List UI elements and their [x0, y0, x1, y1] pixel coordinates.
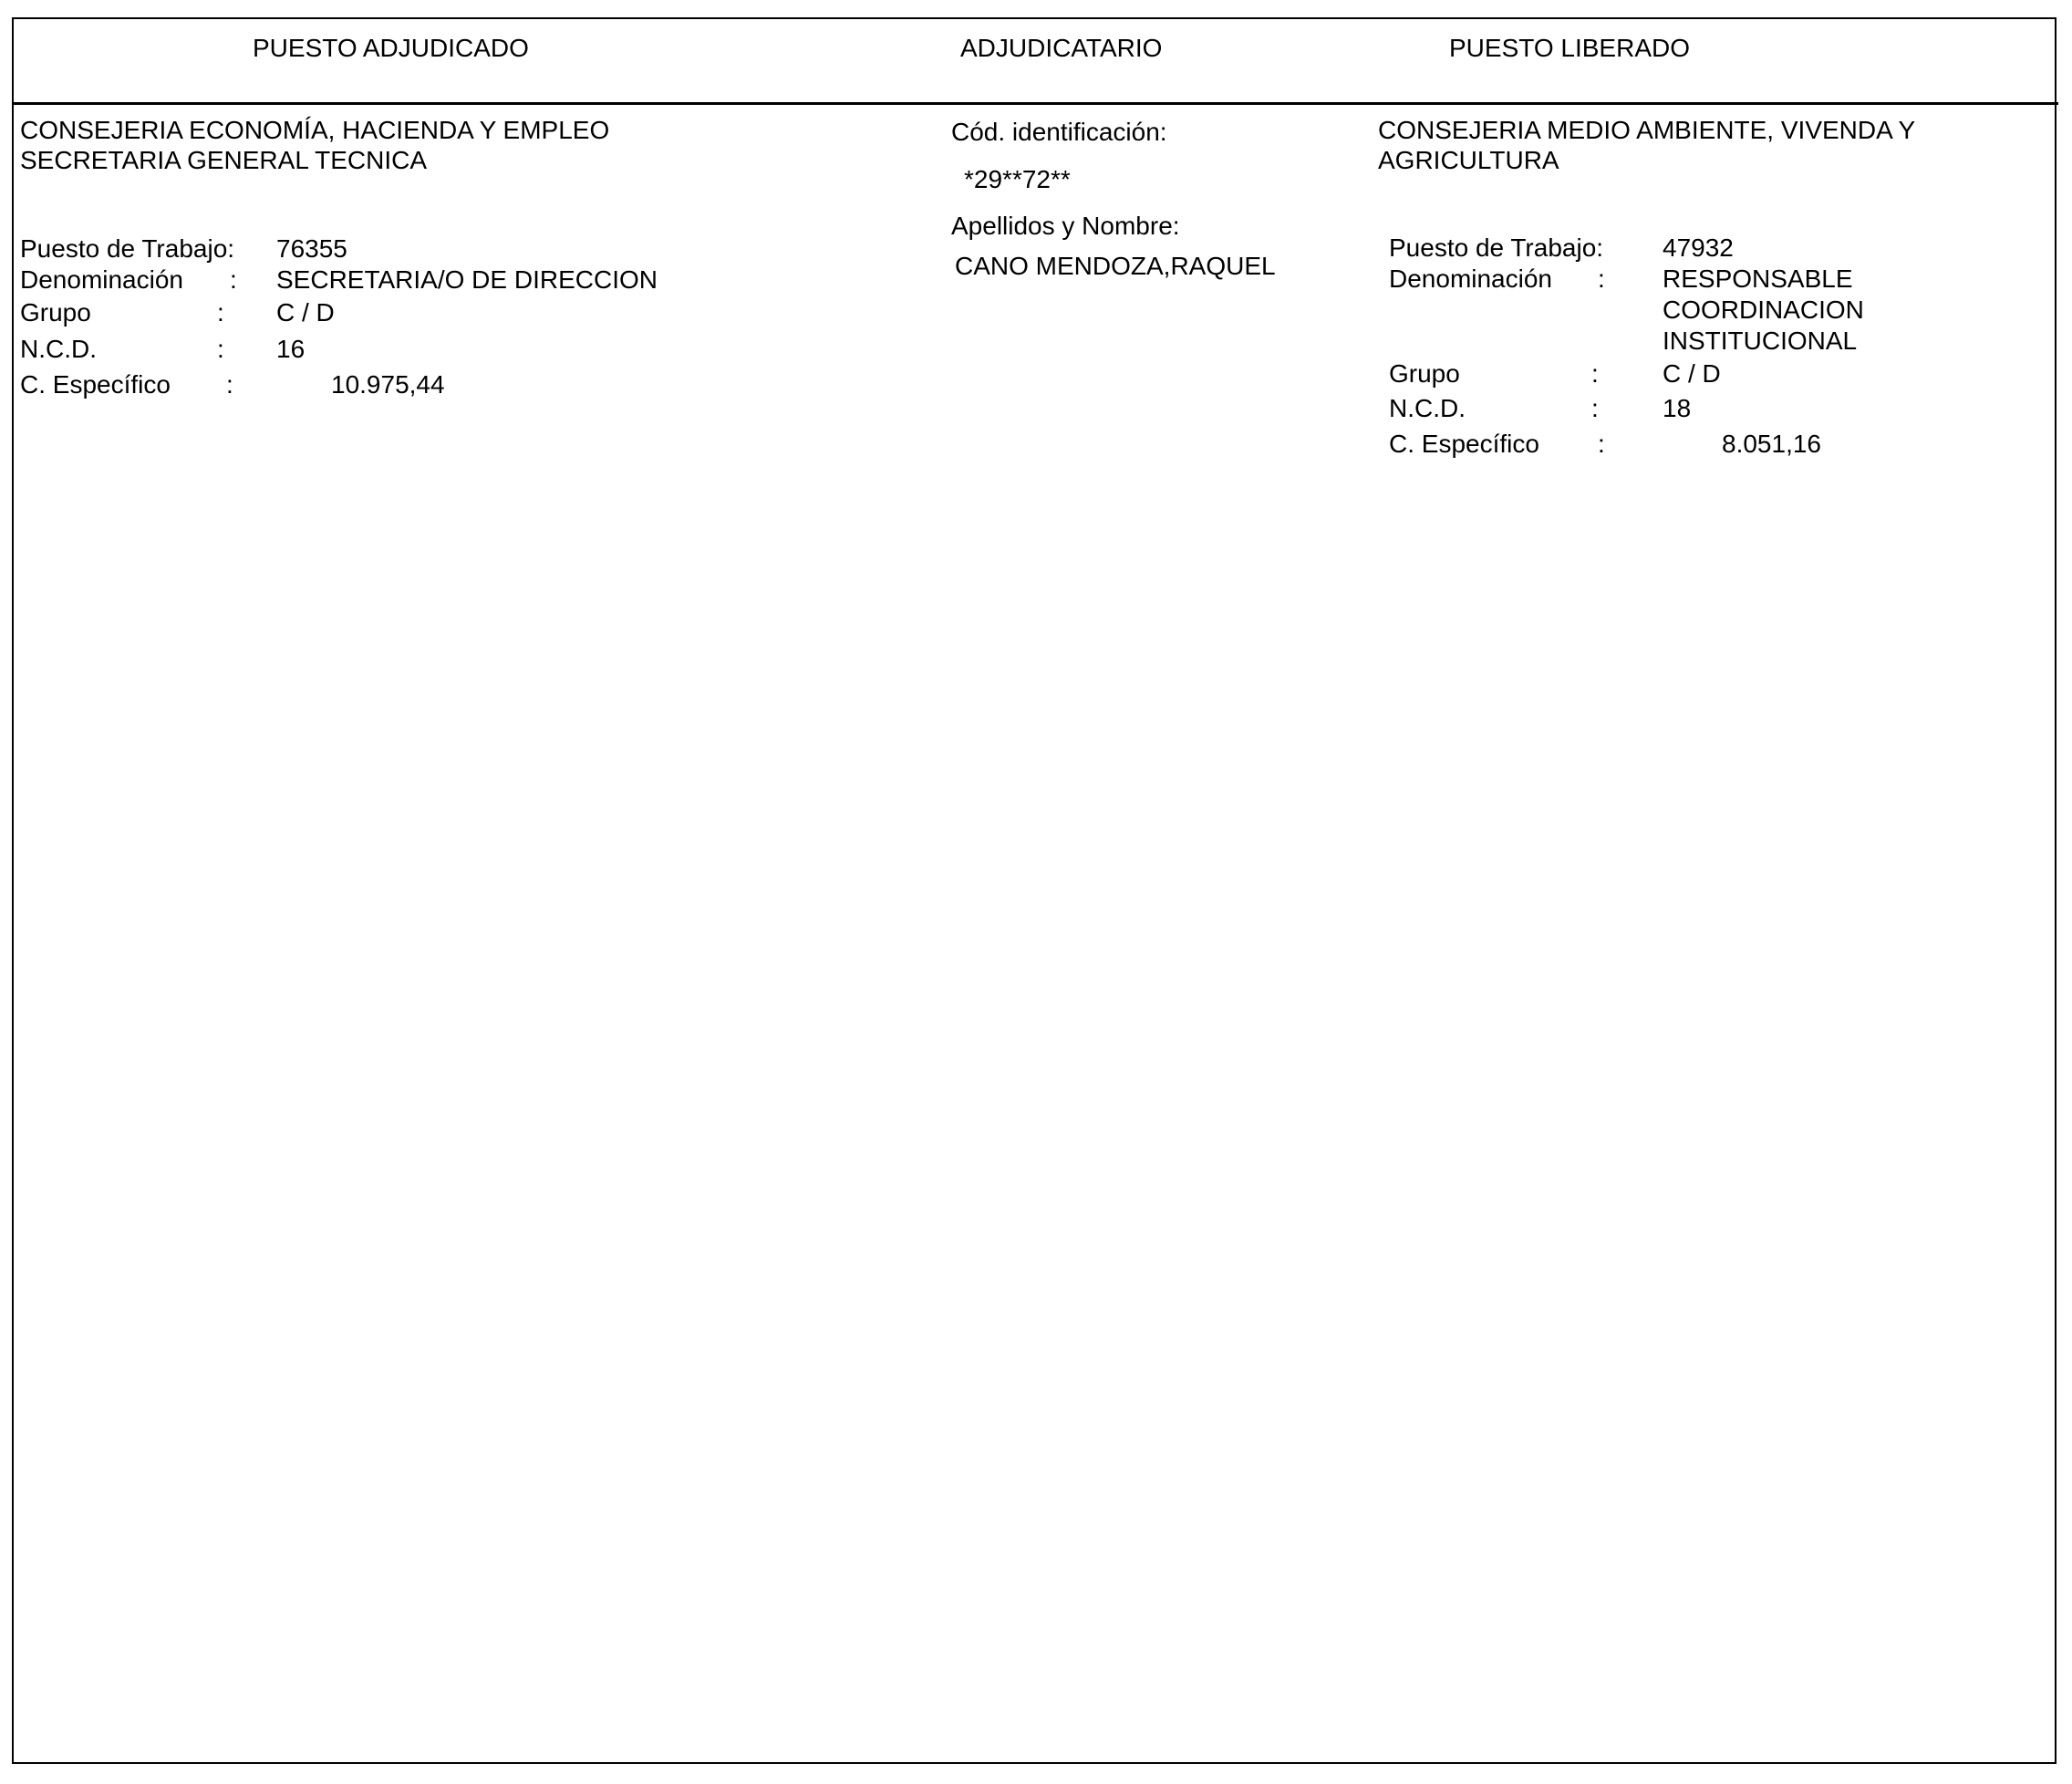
adjudicado-denominacion-value: SECRETARIA/O DE DIRECCION — [276, 265, 658, 295]
adjudicado-denominacion-label: Denominación — [20, 265, 183, 295]
header-adjudicatario: ADJUDICATARIO — [960, 34, 1162, 63]
adjudicado-ncd-label: N.C.D. — [20, 335, 97, 364]
adjudicado-especifico-value: 10.975,44 — [331, 370, 445, 399]
adjudicado-puesto-label: Puesto de Trabajo: — [20, 234, 234, 264]
adjudicado-grupo-value: C / D — [276, 298, 335, 327]
apellidos-nombre-value: CANO MENDOZA,RAQUEL — [955, 252, 1276, 281]
liberado-grupo-separator: : — [1591, 359, 1599, 389]
liberado-denominacion-value-line-2: COORDINACION — [1663, 296, 1864, 325]
adjudicado-especifico-label: C. Específico — [20, 370, 171, 399]
adjudicado-puesto-value: 76355 — [276, 234, 347, 264]
liberado-ncd-separator: : — [1591, 394, 1599, 423]
liberado-denominacion-value-line-1: RESPONSABLE — [1663, 264, 1853, 294]
liberado-especifico-value: 8.051,16 — [1722, 430, 1821, 459]
liberado-especifico-separator: : — [1598, 430, 1605, 459]
header-puesto-adjudicado: PUESTO ADJUDICADO — [253, 34, 529, 63]
liberado-organization-line-1: CONSEJERIA MEDIO AMBIENTE, VIVENDA Y — [1378, 116, 1915, 145]
liberado-grupo-label: Grupo — [1389, 359, 1460, 389]
adjudicado-grupo-separator: : — [217, 298, 224, 327]
liberado-denominacion-separator: : — [1598, 264, 1605, 294]
header-puesto-liberado: PUESTO LIBERADO — [1449, 34, 1690, 63]
cod-identificacion-label: Cód. identificación: — [951, 118, 1167, 147]
liberado-denominacion-label: Denominación — [1389, 264, 1552, 294]
liberado-especifico-label: C. Específico — [1389, 430, 1539, 459]
cod-identificacion-value: *29**72** — [964, 165, 1071, 194]
apellidos-nombre-label: Apellidos y Nombre: — [951, 212, 1180, 241]
adjudicado-ncd-value: 16 — [276, 335, 305, 364]
liberado-ncd-label: N.C.D. — [1389, 394, 1466, 423]
adjudicado-especifico-separator: : — [226, 370, 233, 399]
adjudicado-denominacion-separator: : — [230, 265, 237, 295]
adjudicado-ncd-separator: : — [217, 335, 224, 364]
liberado-ncd-value: 18 — [1663, 394, 1691, 423]
liberado-puesto-label: Puesto de Trabajo: — [1389, 233, 1603, 263]
liberado-organization-line-2: AGRICULTURA — [1378, 146, 1559, 175]
liberado-grupo-value: C / D — [1663, 359, 1721, 389]
liberado-puesto-value: 47932 — [1663, 233, 1734, 263]
liberado-denominacion-value-line-3: INSTITUCIONAL — [1663, 327, 1857, 356]
adjudicado-grupo-label: Grupo — [20, 298, 91, 327]
adjudicado-organization-line-2: SECRETARIA GENERAL TECNICA — [20, 146, 427, 175]
header-divider — [12, 102, 2058, 105]
adjudicado-organization-line-1: CONSEJERIA ECONOMÍA, HACIENDA Y EMPLEO — [20, 116, 609, 145]
